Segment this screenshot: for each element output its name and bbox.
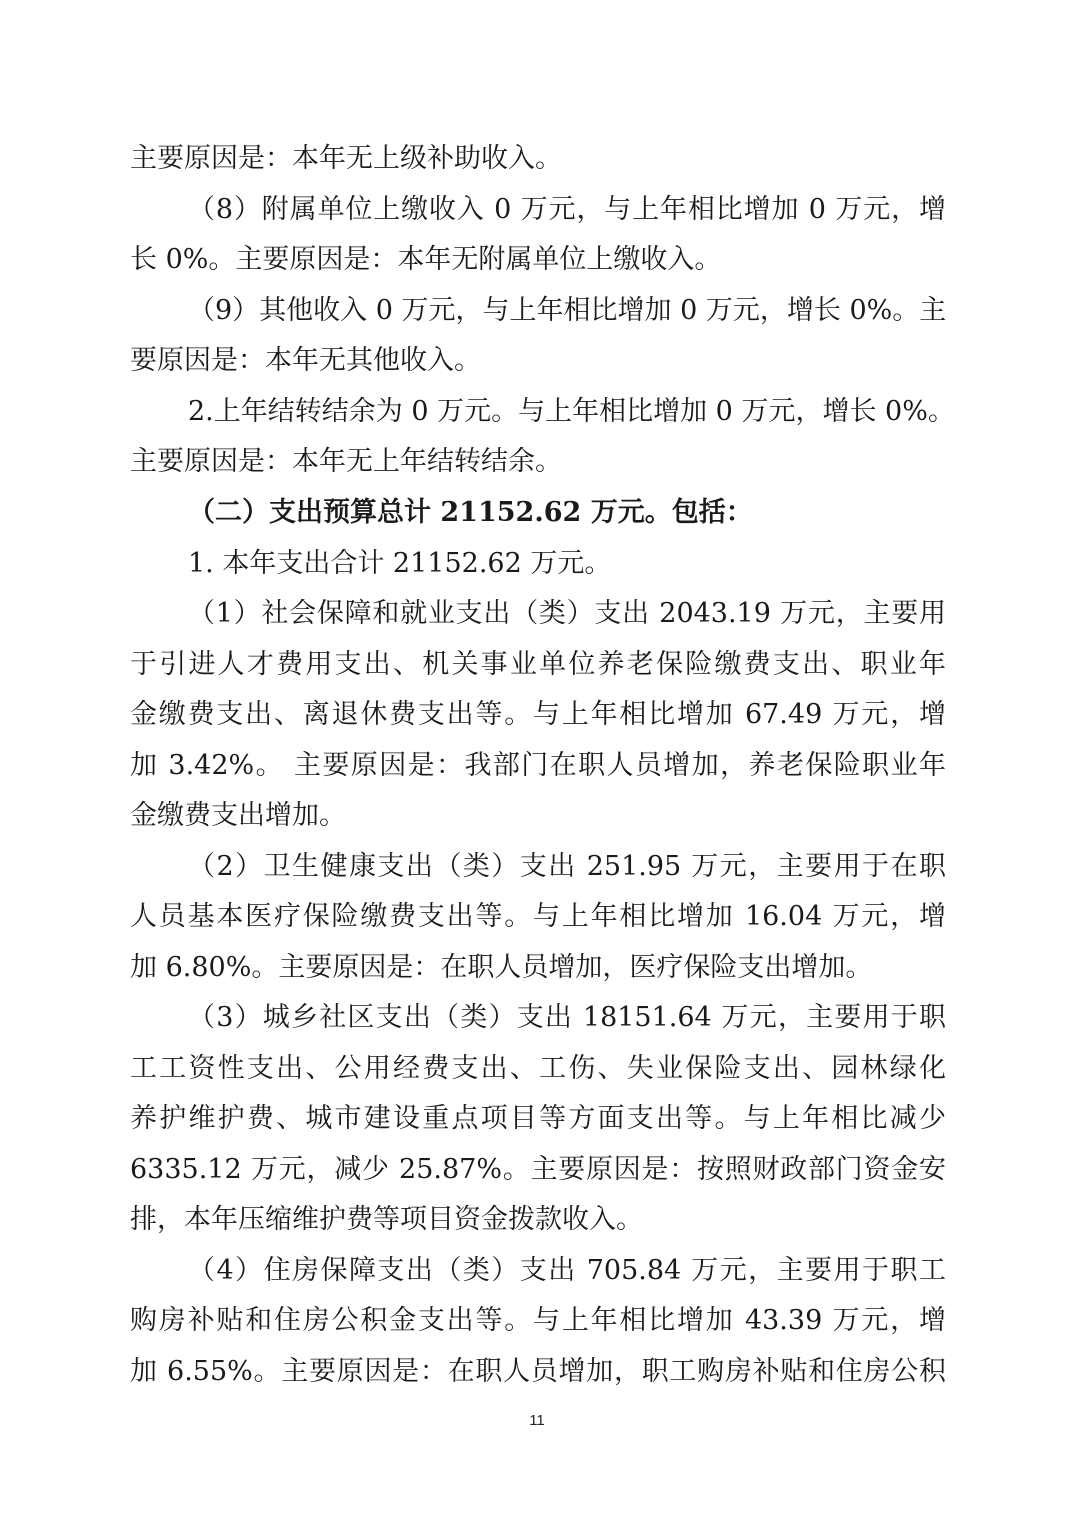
paragraph-line: 加 6.55%。主要原因是：在职人员增加，职工购房补贴和住房公积 <box>130 1352 946 1392</box>
paragraph-line: 加 3.42%。 主要原因是：我部门在职人员增加，养老保险职业年 <box>130 746 946 786</box>
paragraph-line: 1. 本年支出合计 21152.62 万元。 <box>188 544 946 584</box>
section-heading-line: （二）支出预算总计 21152.62 万元。包括： <box>188 493 946 533</box>
paragraph-line: （4）住房保障支出（类）支出 705.84 万元，主要用于职工 <box>188 1251 946 1291</box>
paragraph-line: 主要原因是：本年无上年结转结余。 <box>130 442 946 482</box>
paragraph-line: 工工资性支出、公用经费支出、工伤、失业保险支出、园林绿化 <box>130 1049 946 1089</box>
paragraph-line: 养护维护费、城市建设重点项目等方面支出等。与上年相比减少 <box>130 1099 946 1139</box>
paragraph-line: 人员基本医疗保险缴费支出等。与上年相比增加 16.04 万元，增 <box>130 897 946 937</box>
document-page: 主要原因是：本年无上级补助收入。（8）附属单位上缴收入 0 万元，与上年相比增加… <box>0 0 1074 1520</box>
paragraph-line: 于引进人才费用支出、机关事业单位养老保险缴费支出、职业年 <box>130 645 946 685</box>
paragraph-line: 金缴费支出、离退休费支出等。与上年相比增加 67.49 万元，增 <box>130 695 946 735</box>
paragraph-line: （3）城乡社区支出（类）支出 18151.64 万元，主要用于职 <box>188 998 946 1038</box>
paragraph-line: （9）其他收入 0 万元，与上年相比增加 0 万元，增长 0%。主 <box>188 291 946 331</box>
paragraph-line: 6335.12 万元，减少 25.87%。主要原因是：按照财政部门资金安 <box>130 1150 946 1190</box>
paragraph-line: 金缴费支出增加。 <box>130 796 946 836</box>
paragraph-line: （1）社会保障和就业支出（类）支出 2043.19 万元，主要用 <box>188 594 946 634</box>
paragraph-line: （2）卫生健康支出（类）支出 251.95 万元，主要用于在职 <box>188 847 946 887</box>
paragraph-line: （8）附属单位上缴收入 0 万元，与上年相比增加 0 万元，增 <box>188 190 946 230</box>
paragraph-line: 2.上年结转结余为 0 万元。与上年相比增加 0 万元，增长 0%。 <box>188 392 946 432</box>
page-number: 11 <box>0 1412 1074 1429</box>
paragraph-line: 要原因是：本年无其他收入。 <box>130 341 946 381</box>
paragraph-line: 主要原因是：本年无上级补助收入。 <box>130 139 946 179</box>
paragraph-line: 排，本年压缩维护费等项目资金拨款收入。 <box>130 1200 946 1240</box>
paragraph-line: 购房补贴和住房公积金支出等。与上年相比增加 43.39 万元，增 <box>130 1301 946 1341</box>
paragraph-line: 加 6.80%。主要原因是：在职人员增加，医疗保险支出增加。 <box>130 948 946 988</box>
paragraph-line: 长 0%。主要原因是：本年无附属单位上缴收入。 <box>130 240 946 280</box>
